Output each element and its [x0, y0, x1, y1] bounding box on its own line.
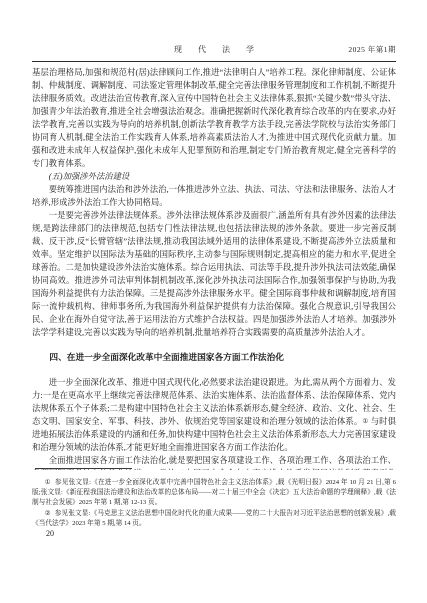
footnote-marker: ①: [45, 479, 51, 486]
text-run: 要统筹推进国内法治和涉外法治,一体推进涉外立法、执法、司法、守法和法律服务、法治…: [32, 185, 396, 207]
footnote-text: 参见张文显:《在进一步全面深化改革中完善中国特色社会主义法治体系》,载《光明日报…: [32, 479, 396, 506]
footnote-separator: [35, 468, 132, 469]
text-run: 一是要完善涉外法律法规体系。涉外法律法规体系涉及面很广,涵盖所有具有涉外因素的法…: [32, 211, 396, 337]
footnote-area: ①参见张文显:《在进一步全面深化改革中完善中国特色社会主义法治体系》,载《光明日…: [32, 468, 396, 529]
issue-label: 2025 年第1期: [348, 44, 396, 55]
footnote-list: ①参见张文显:《在进一步全面深化改革中完善中国特色社会主义法治体系》,载《光明日…: [32, 478, 396, 529]
article-body: 基层治理格局,加强和规范村(居)法律顾问工作,推进“法律明白人”培养工程。深化律…: [32, 66, 396, 470]
paragraph: 一是要完善涉外法律法规体系。涉外法律法规体系涉及面很广,涵盖所有具有涉外因素的法…: [32, 209, 396, 339]
subsection-heading: (五)加强涉外法治建设: [32, 170, 396, 183]
paragraph: 基层治理格局,加强和规范村(居)法律顾问工作,推进“法律明白人”培养工程。深化律…: [32, 66, 396, 170]
text-run: 进一步全面深化改革、推进中国式现代化,必然要求法治建设跟进。为此,需从两个方面着…: [32, 378, 396, 426]
footnote-marker: ②: [45, 510, 51, 517]
text-run: 基层治理格局,加强和规范村(居)法律顾问工作,推进“法律明白人”培养工程。深化律…: [32, 68, 396, 168]
journal-title: 现 代 法 学: [32, 44, 396, 55]
section-heading: 四、在进一步全面深化改革中全面推进国家各方面工作法治化: [32, 351, 396, 364]
footnote-text: 参见张文显:《马克思主义法治思想中国化时代化的重大成果——党的二十大报告对习近平…: [32, 510, 396, 527]
paragraph: 进一步全面深化改革、推进中国式现代化,必然要求法治建设跟进。为此,需从两个方面着…: [32, 376, 396, 454]
text-run: 四、在进一步全面深化改革中全面推进国家各方面工作法治化: [49, 352, 284, 362]
paragraph: 要统筹推进国内法治和涉外法治,一体推进涉外立法、执法、司法、守法和法律服务、法治…: [32, 183, 396, 209]
text-run: (五)加强涉外法治建设: [49, 172, 130, 181]
page-number: 20: [46, 529, 54, 538]
journal-page: 现 代 法 学 2025 年第1期 基层治理格局,加强和规范村(居)法律顾问工作…: [0, 0, 427, 603]
footnote: ②参见张文显:《马克思主义法治思想中国化时代化的重大成果——党的二十大报告对习近…: [32, 509, 396, 529]
page-header: 现 代 法 学 2025 年第1期: [32, 40, 396, 62]
footnote: ①参见张文显:《在进一步全面深化改革中完善中国特色社会主义法治体系》,载《光明日…: [32, 478, 396, 509]
